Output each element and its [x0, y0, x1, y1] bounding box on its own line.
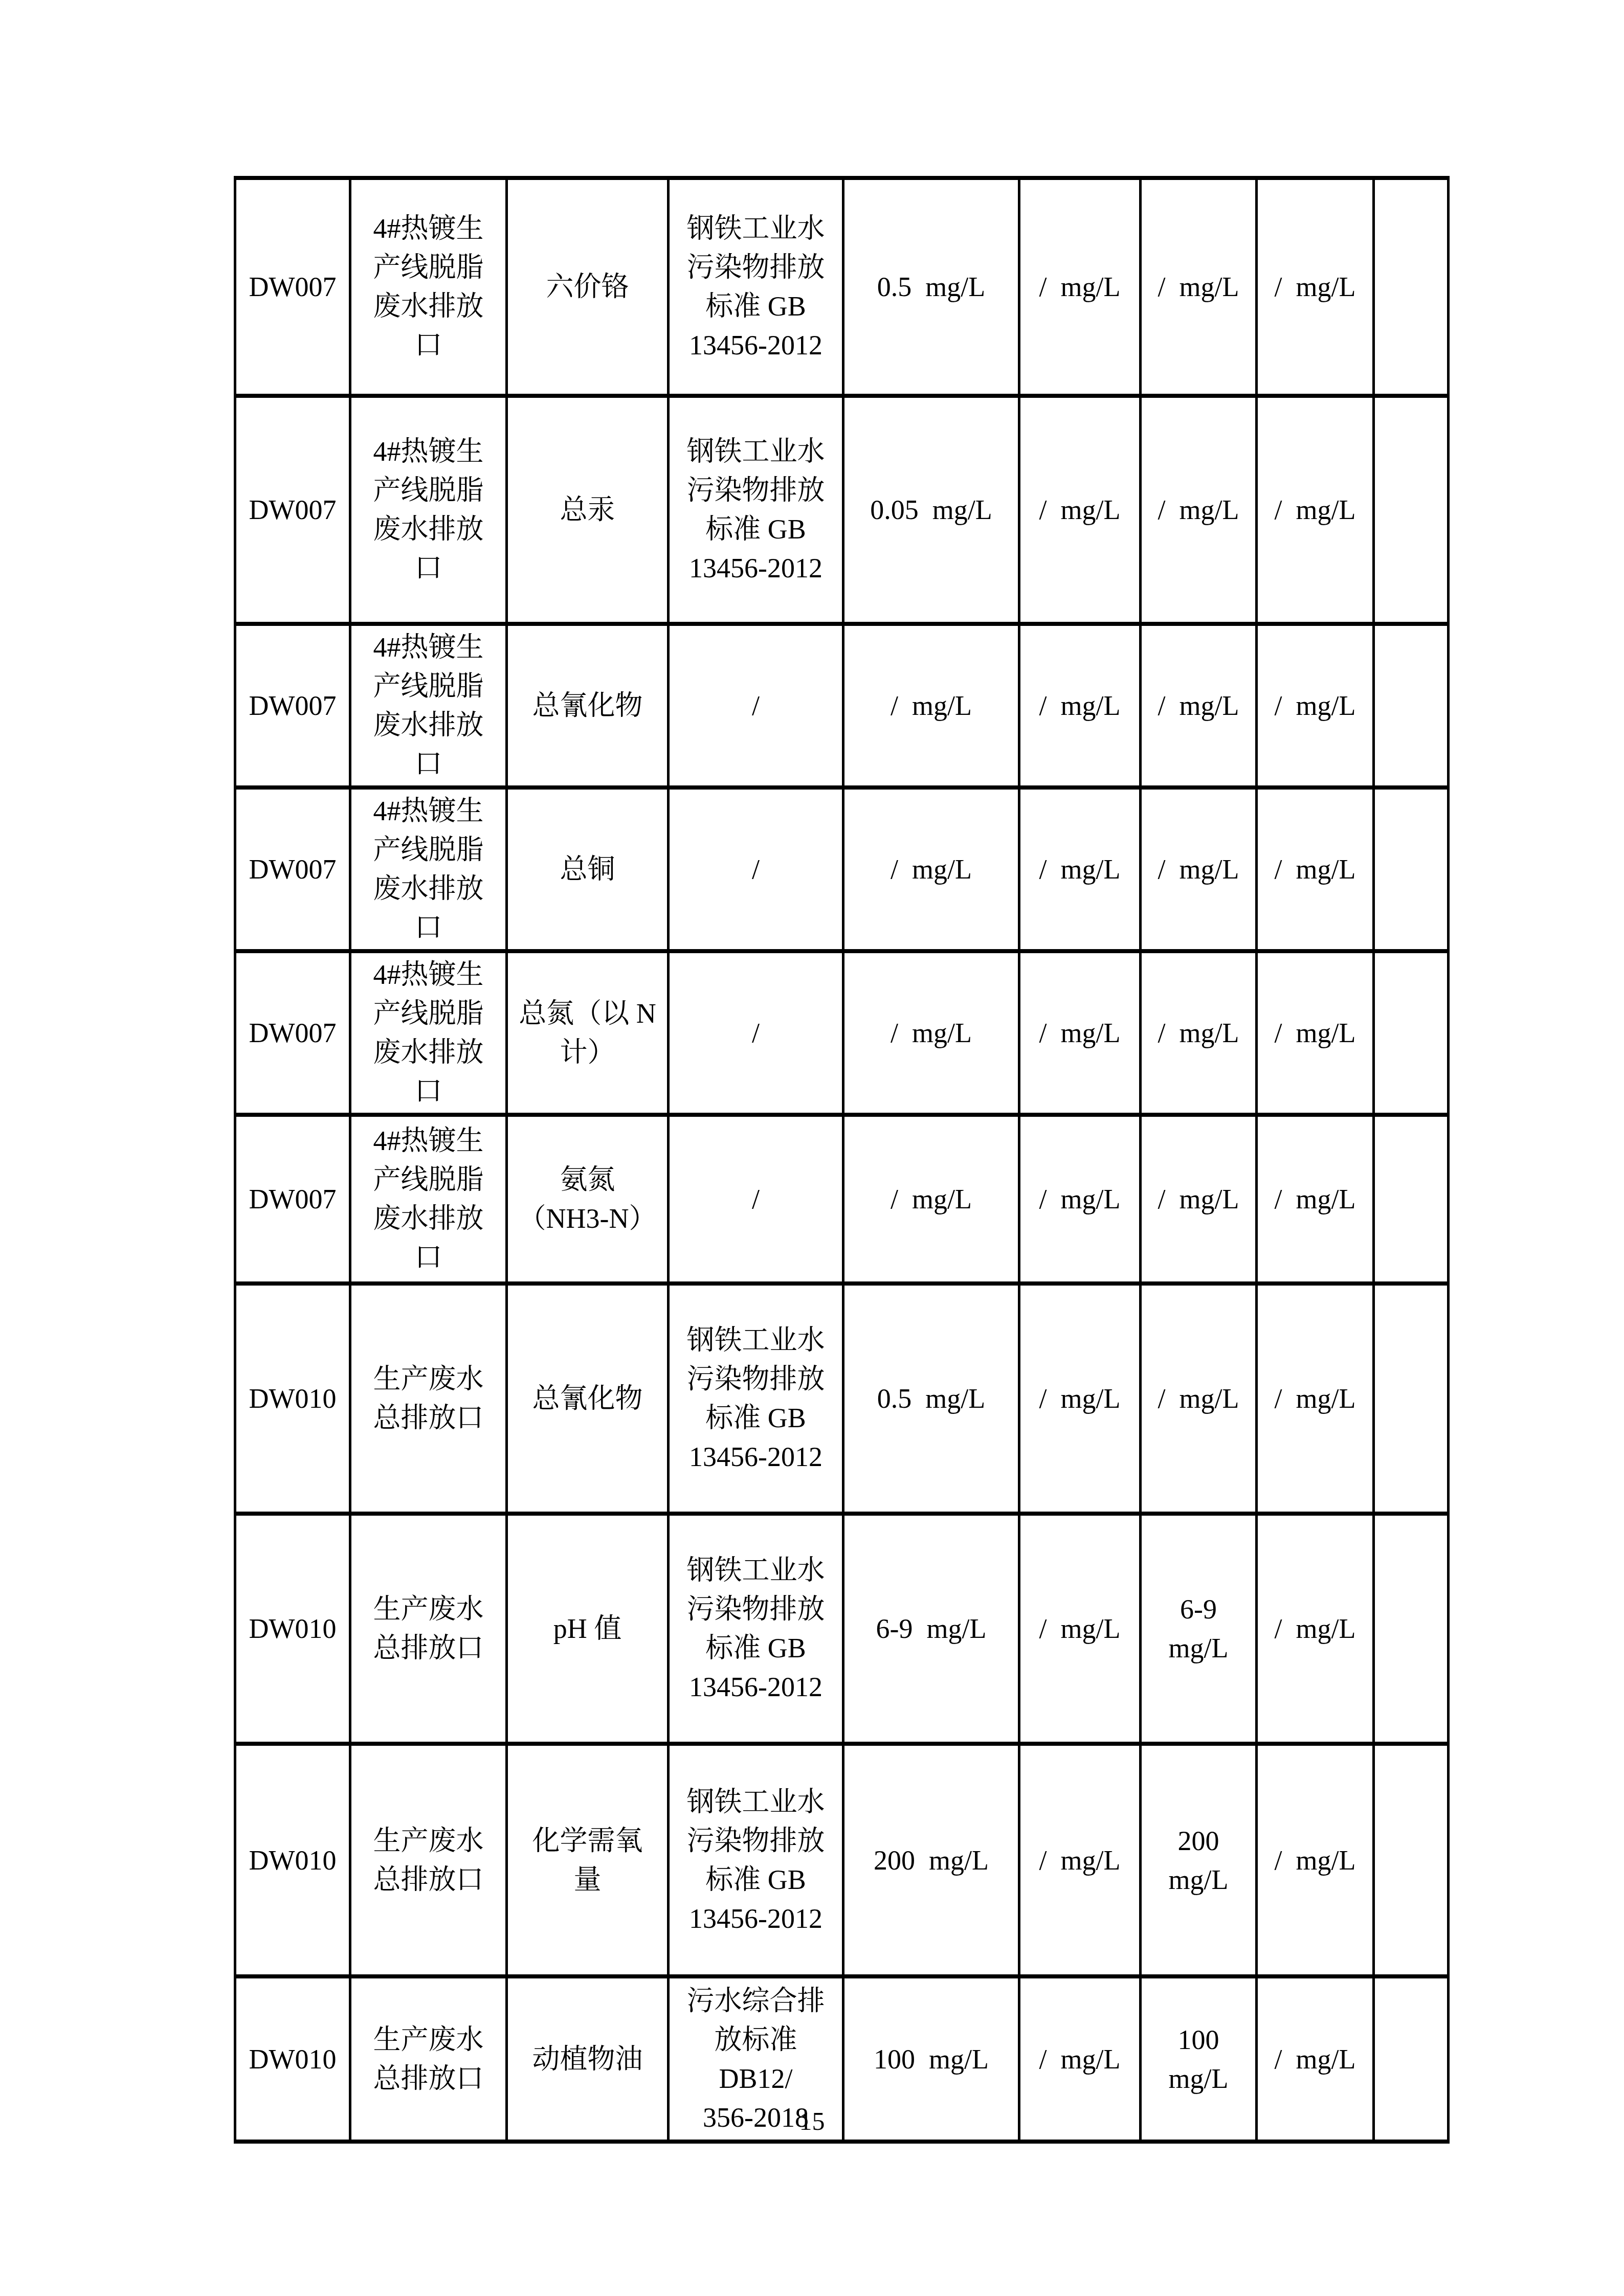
empty-cell	[1374, 1744, 1449, 1976]
page-number: 15	[0, 2106, 1624, 2136]
outlet-code-cell: DW007	[235, 1115, 350, 1284]
limit-value-cell: / mg/L	[1019, 787, 1141, 951]
table-row: DW010 生产废水 总排放口 pH 值 钢铁工业水 污染物排放 标准 GB 1…	[235, 1514, 1449, 1744]
limit-value-cell: 200 mg/L	[843, 1744, 1019, 1976]
table-row: DW007 4#热镀生 产线脱脂 废水排放 口 总氰化物 / / mg/L / …	[235, 624, 1449, 787]
limit-value-cell: / mg/L	[1019, 1514, 1141, 1744]
limit-value-cell: / mg/L	[1257, 1744, 1374, 1976]
limit-value-cell: / mg/L	[1257, 396, 1374, 624]
standard-cell: 钢铁工业水 污染物排放 标准 GB 13456-2012	[669, 1284, 843, 1514]
limit-value-cell: / mg/L	[1141, 951, 1257, 1115]
limit-value-cell: 0.5 mg/L	[843, 178, 1019, 396]
empty-cell	[1374, 1514, 1449, 1744]
limit-value-cell: 200 mg/L	[1141, 1744, 1257, 1976]
standard-cell: 钢铁工业水 污染物排放 标准 GB 13456-2012	[669, 178, 843, 396]
outlet-name-cell: 4#热镀生 产线脱脂 废水排放 口	[350, 951, 507, 1115]
table-row: DW007 4#热镀生 产线脱脂 废水排放 口 氨氮 （NH3-N） / / m…	[235, 1115, 1449, 1284]
limit-value-cell: / mg/L	[1141, 624, 1257, 787]
limit-value-cell: / mg/L	[1257, 787, 1374, 951]
limit-value-cell: / mg/L	[1257, 624, 1374, 787]
limit-value-cell: / mg/L	[1141, 787, 1257, 951]
table-row: DW010 生产废水 总排放口 化学需氧 量 钢铁工业水 污染物排放 标准 GB…	[235, 1744, 1449, 1976]
limit-value-cell: / mg/L	[1019, 396, 1141, 624]
limit-value-cell: / mg/L	[1141, 396, 1257, 624]
outlet-name-cell: 4#热镀生 产线脱脂 废水排放 口	[350, 396, 507, 624]
limit-value-cell: / mg/L	[843, 951, 1019, 1115]
limit-value-cell: / mg/L	[1141, 1115, 1257, 1284]
outlet-name-cell: 4#热镀生 产线脱脂 废水排放 口	[350, 787, 507, 951]
limit-value-cell: / mg/L	[1019, 1744, 1141, 1976]
limit-value-cell: / mg/L	[843, 624, 1019, 787]
pollutant-cell: 化学需氧 量	[507, 1744, 669, 1976]
outlet-code-cell: DW010	[235, 1514, 350, 1744]
empty-cell	[1374, 624, 1449, 787]
limit-value-cell: / mg/L	[1019, 178, 1141, 396]
limit-value-cell: 6-9 mg/L	[1141, 1514, 1257, 1744]
standard-cell: /	[669, 624, 843, 787]
outlet-name-cell: 生产废水 总排放口	[350, 1514, 507, 1744]
pollutant-cell: 总氰化物	[507, 1284, 669, 1514]
empty-cell	[1374, 787, 1449, 951]
outlet-name-cell: 4#热镀生 产线脱脂 废水排放 口	[350, 178, 507, 396]
empty-cell	[1374, 396, 1449, 624]
limit-value-cell: / mg/L	[1257, 1514, 1374, 1744]
limit-value-cell: / mg/L	[1257, 951, 1374, 1115]
limit-value-cell: / mg/L	[1019, 1115, 1141, 1284]
limit-value-cell: / mg/L	[1019, 624, 1141, 787]
limit-value-cell: / mg/L	[1257, 178, 1374, 396]
table-row: DW007 4#热镀生 产线脱脂 废水排放 口 总汞 钢铁工业水 污染物排放 标…	[235, 396, 1449, 624]
limit-value-cell: / mg/L	[843, 1115, 1019, 1284]
limit-value-cell: / mg/L	[1019, 1284, 1141, 1514]
outlet-name-cell: 4#热镀生 产线脱脂 废水排放 口	[350, 624, 507, 787]
standard-cell: /	[669, 951, 843, 1115]
limit-value-cell: / mg/L	[843, 787, 1019, 951]
empty-cell	[1374, 1284, 1449, 1514]
standard-cell: /	[669, 787, 843, 951]
limit-value-cell: / mg/L	[1141, 178, 1257, 396]
outlet-code-cell: DW007	[235, 787, 350, 951]
limit-value-cell: / mg/L	[1257, 1284, 1374, 1514]
limit-value-cell: / mg/L	[1019, 951, 1141, 1115]
pollutant-cell: 六价铬	[507, 178, 669, 396]
standard-cell: 钢铁工业水 污染物排放 标准 GB 13456-2012	[669, 1514, 843, 1744]
standard-cell: 钢铁工业水 污染物排放 标准 GB 13456-2012	[669, 1744, 843, 1976]
standard-cell: 钢铁工业水 污染物排放 标准 GB 13456-2012	[669, 396, 843, 624]
standard-cell: /	[669, 1115, 843, 1284]
empty-cell	[1374, 951, 1449, 1115]
pollutant-cell: 氨氮 （NH3-N）	[507, 1115, 669, 1284]
outlet-code-cell: DW007	[235, 624, 350, 787]
pollutant-cell: pH 值	[507, 1514, 669, 1744]
outlet-code-cell: DW010	[235, 1284, 350, 1514]
limit-value-cell: / mg/L	[1257, 1115, 1374, 1284]
limit-value-cell: / mg/L	[1141, 1284, 1257, 1514]
table-row: DW007 4#热镀生 产线脱脂 废水排放 口 六价铬 钢铁工业水 污染物排放 …	[235, 178, 1449, 396]
limit-value-cell: 6-9 mg/L	[843, 1514, 1019, 1744]
pollutant-cell: 总氮（以 N 计）	[507, 951, 669, 1115]
pollutant-cell: 总氰化物	[507, 624, 669, 787]
empty-cell	[1374, 1115, 1449, 1284]
empty-cell	[1374, 178, 1449, 396]
outlet-code-cell: DW007	[235, 951, 350, 1115]
outlet-name-cell: 生产废水 总排放口	[350, 1744, 507, 1976]
outlet-code-cell: DW007	[235, 396, 350, 624]
emission-standards-table: DW007 4#热镀生 产线脱脂 废水排放 口 六价铬 钢铁工业水 污染物排放 …	[234, 176, 1450, 2144]
outlet-name-cell: 生产废水 总排放口	[350, 1284, 507, 1514]
outlet-code-cell: DW007	[235, 178, 350, 396]
table-row: DW010 生产废水 总排放口 总氰化物 钢铁工业水 污染物排放 标准 GB 1…	[235, 1284, 1449, 1514]
outlet-code-cell: DW010	[235, 1744, 350, 1976]
limit-value-cell: 0.5 mg/L	[843, 1284, 1019, 1514]
table-row: DW007 4#热镀生 产线脱脂 废水排放 口 总氮（以 N 计） / / mg…	[235, 951, 1449, 1115]
pollutant-cell: 总汞	[507, 396, 669, 624]
outlet-name-cell: 4#热镀生 产线脱脂 废水排放 口	[350, 1115, 507, 1284]
pollutant-cell: 总铜	[507, 787, 669, 951]
table-row: DW007 4#热镀生 产线脱脂 废水排放 口 总铜 / / mg/L / mg…	[235, 787, 1449, 951]
limit-value-cell: 0.05 mg/L	[843, 396, 1019, 624]
